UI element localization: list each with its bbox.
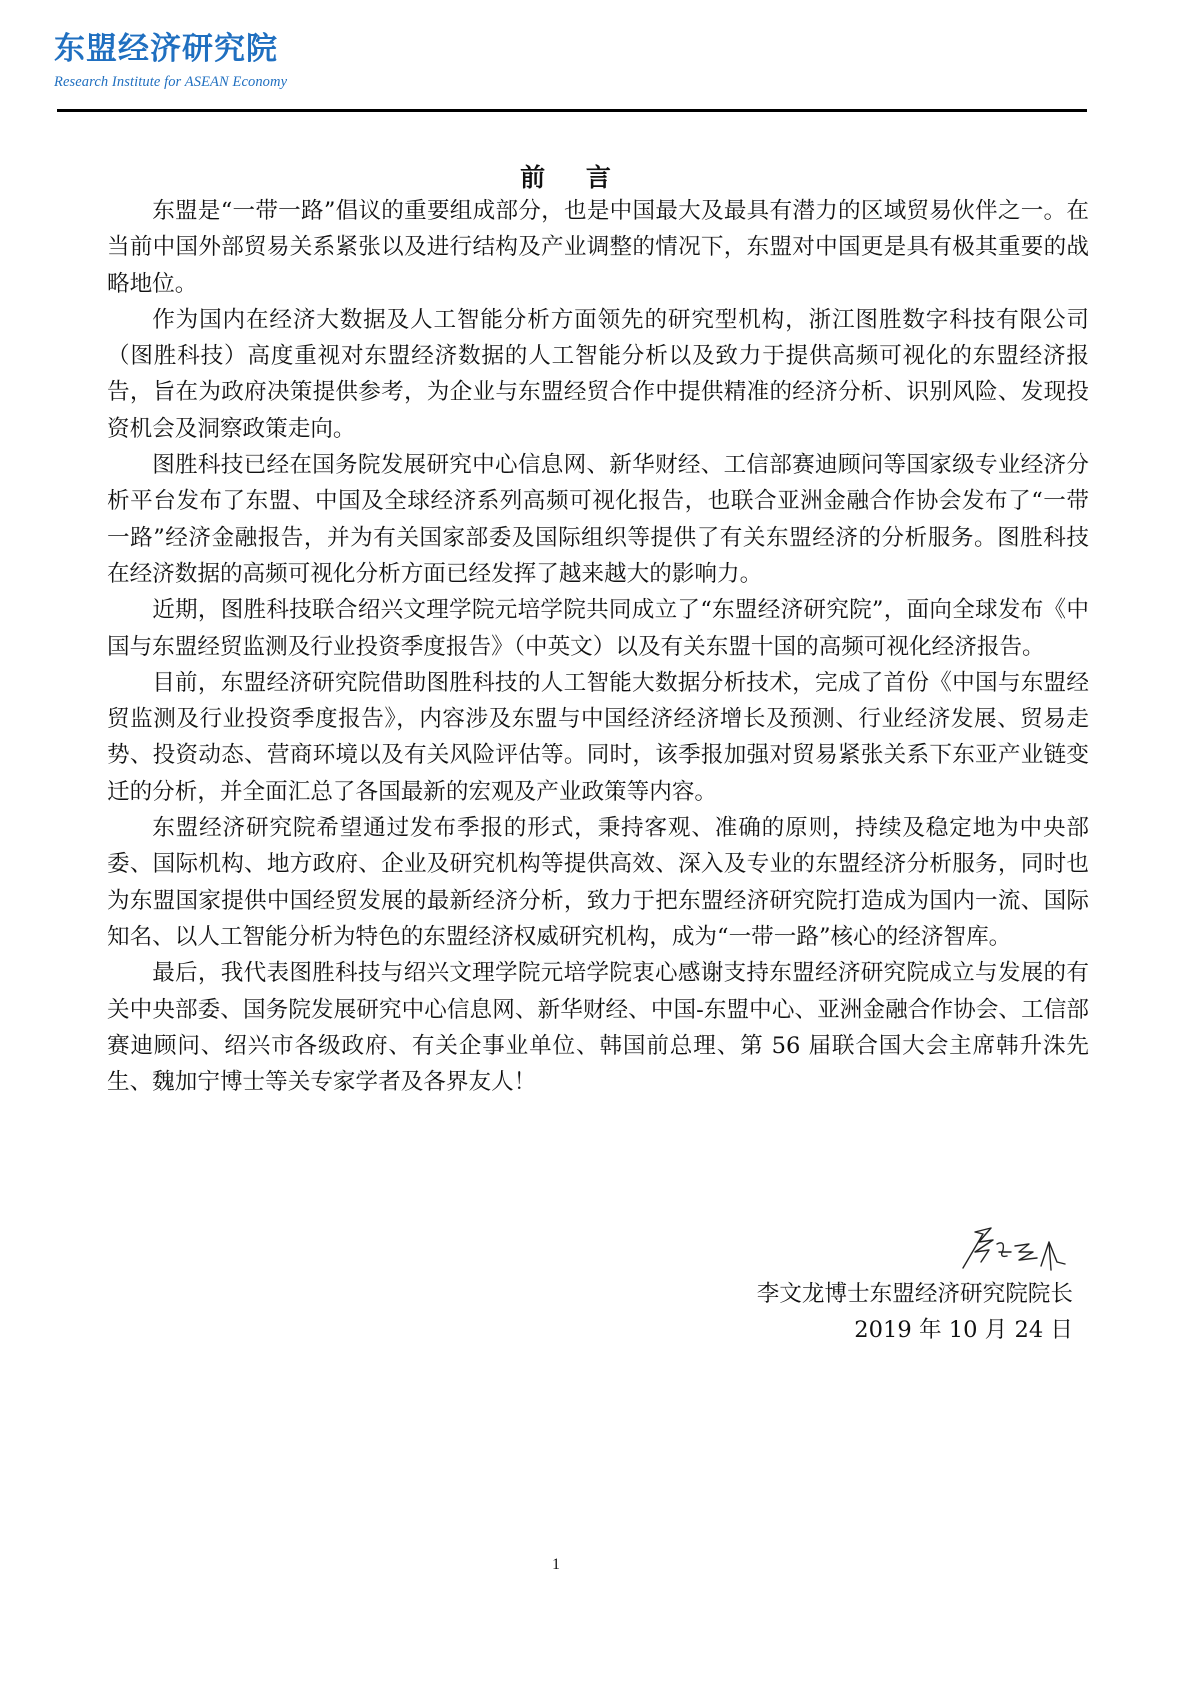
page-number: 1 — [0, 1556, 1112, 1574]
handwritten-signature-icon — [953, 1222, 1073, 1274]
paragraph: 目前，东盟经济研究院借助图胜科技的人工智能大数据分析技术，完成了首份《中国与东盟… — [107, 665, 1089, 810]
signatory-name-title: 李文龙博士东盟经济研究院院长 — [757, 1276, 1073, 1308]
paragraph: 东盟是“一带一路”倡议的重要组成部分，也是中国最大及最具有潜力的区域贸易伙伴之一… — [107, 193, 1089, 302]
paragraph: 图胜科技已经在国务院发展研究中心信息网、新华财经、工信部赛迪顾问等国家级专业经济… — [107, 447, 1089, 592]
header-divider — [57, 109, 1087, 112]
signature-date: 2019 年 10 月 24 日 — [854, 1312, 1073, 1344]
paragraph: 作为国内在经济大数据及人工智能分析方面领先的研究型机构，浙江图胜数字科技有限公司… — [107, 302, 1089, 447]
paragraph: 近期，图胜科技联合绍兴文理学院元培学院共同成立了“东盟经济研究院”，面向全球发布… — [107, 592, 1089, 665]
logo-chinese-name: 东盟经济研究院 — [54, 30, 287, 68]
paragraph: 东盟经济研究院希望通过发布季报的形式，秉持客观、准确的原则，持续及稳定地为中央部… — [107, 810, 1089, 955]
paragraph: 最后，我代表图胜科技与绍兴文理学院元培学院衷心感谢支持东盟经济研究院成立与发展的… — [107, 955, 1089, 1100]
logo-english-name: Research Institute for ASEAN Economy — [54, 74, 287, 91]
page-title: 前 言 — [0, 158, 1147, 194]
preface-body: 东盟是“一带一路”倡议的重要组成部分，也是中国最大及最具有潜力的区域贸易伙伴之一… — [107, 193, 1089, 1100]
institute-logo: 东盟经济研究院 Research Institute for ASEAN Eco… — [54, 30, 287, 91]
